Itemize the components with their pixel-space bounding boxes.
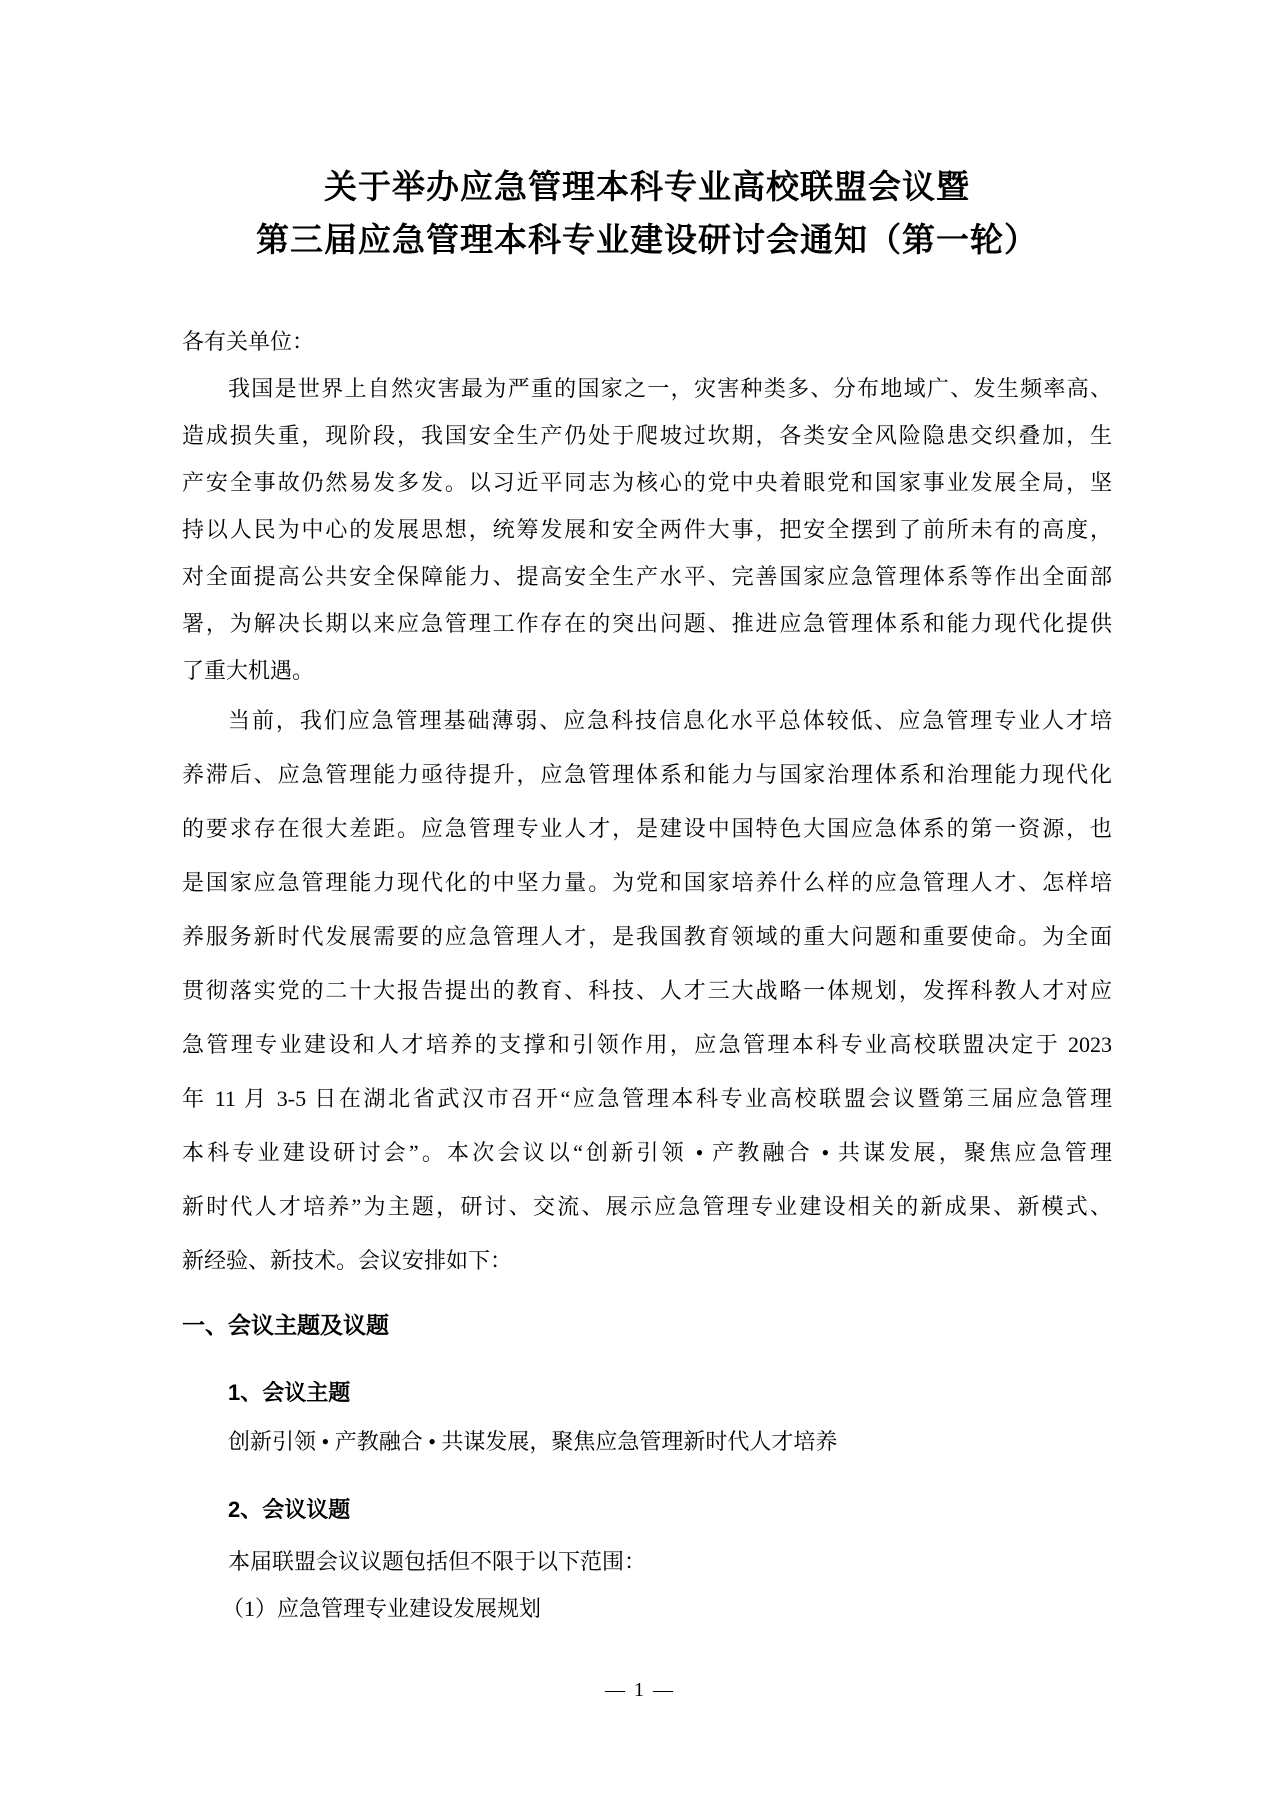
topics-intro-text: 本届联盟会议议题包括但不限于以下范围：: [228, 1538, 1112, 1585]
paragraph-2-line-7: 急管理专业建设和人才培养的支撑和引领作用，应急管理本科专业高校联盟决定于 202…: [182, 1018, 1112, 1072]
paragraph-1-line-4: 持以人民为中心的发展思想，统筹发展和安全两件大事，把安全摆到了前所未有的高度，: [182, 506, 1112, 553]
salutation: 各有关单位：: [182, 318, 1112, 365]
paragraph-1-line-3: 产安全事故仍然易发多发。以习近平同志为核心的党中央着眼党和国家事业发展全局，坚: [182, 459, 1112, 506]
section-1-subheading-1: 1、会议主题: [228, 1369, 1112, 1416]
paragraph-2-line-10: 新时代人才培养”为主题，研讨、交流、展示应急管理专业建设相关的新成果、新模式、: [182, 1180, 1112, 1234]
title-line-2: 第三届应急管理本科专业建设研讨会通知（第一轮）: [182, 215, 1112, 268]
topic-item-1: （1）应急管理专业建设发展规划: [222, 1585, 1112, 1632]
document-title: 关于举办应急管理本科专业高校联盟会议暨 第三届应急管理本科专业建设研讨会通知（第…: [182, 0, 1112, 268]
paragraph-2: 当前，我们应急管理基础薄弱、应急科技信息化水平总体较低、应急管理专业人才培 养滞…: [182, 694, 1112, 1288]
paragraph-1-line-7: 了重大机遇。: [182, 647, 1112, 694]
paragraph-1: 我国是世界上自然灾害最为严重的国家之一，灾害种类多、分布地域广、发生频率高、 造…: [182, 365, 1112, 694]
paragraph-2-line-2: 养滞后、应急管理能力亟待提升，应急管理体系和能力与国家治理体系和治理能力现代化: [182, 748, 1112, 802]
document-page: 关于举办应急管理本科专业高校联盟会议暨 第三届应急管理本科专业建设研讨会通知（第…: [0, 0, 1280, 1810]
paragraph-2-line-1: 当前，我们应急管理基础薄弱、应急科技信息化水平总体较低、应急管理专业人才培: [182, 694, 1112, 748]
page-number: — 1 —: [0, 1676, 1280, 1704]
paragraph-2-line-4: 是国家应急管理能力现代化的中坚力量。为党和国家培养什么样的应急管理人才、怎样培: [182, 856, 1112, 910]
paragraph-1-line-2: 造成损失重，现阶段，我国安全生产仍处于爬坡过坎期，各类安全风险隐患交织叠加，生: [182, 412, 1112, 459]
paragraph-2-line-9: 本科专业建设研讨会”。本次会议以“创新引领 • 产教融合 • 共谋发展，聚焦应急…: [182, 1126, 1112, 1180]
paragraph-2-line-5: 养服务新时代发展需要的应急管理人才，是我国教育领域的重大问题和重要使命。为全面: [182, 910, 1112, 964]
title-line-1: 关于举办应急管理本科专业高校联盟会议暨: [182, 162, 1112, 215]
paragraph-2-line-11: 新经验、新技术。会议安排如下：: [182, 1234, 1112, 1288]
document-content: 关于举办应急管理本科专业高校联盟会议暨 第三届应急管理本科专业建设研讨会通知（第…: [0, 0, 1280, 1632]
paragraph-2-line-6: 贯彻落实党的二十大报告提出的教育、科技、人才三大战略一体规划，发挥科教人才对应: [182, 964, 1112, 1018]
paragraph-2-line-8: 年 11 月 3-5 日在湖北省武汉市召开“应急管理本科专业高校联盟会议暨第三届…: [182, 1072, 1112, 1126]
paragraph-2-line-3: 的要求存在很大差距。应急管理专业人才，是建设中国特色大国应急体系的第一资源，也: [182, 802, 1112, 856]
section-1-heading: 一、会议主题及议题: [182, 1302, 1112, 1349]
paragraph-1-line-6: 署，为解决长期以来应急管理工作存在的突出问题、推进应急管理体系和能力现代化提供: [182, 600, 1112, 647]
paragraph-1-line-1: 我国是世界上自然灾害最为严重的国家之一，灾害种类多、分布地域广、发生频率高、: [182, 365, 1112, 412]
conference-theme-text: 创新引领 • 产教融合 • 共谋发展，聚焦应急管理新时代人才培养: [228, 1418, 1112, 1465]
paragraph-1-line-5: 对全面提高公共安全保障能力、提高安全生产水平、完善国家应急管理体系等作出全面部: [182, 553, 1112, 600]
section-1-subheading-2: 2、会议议题: [228, 1486, 1112, 1533]
